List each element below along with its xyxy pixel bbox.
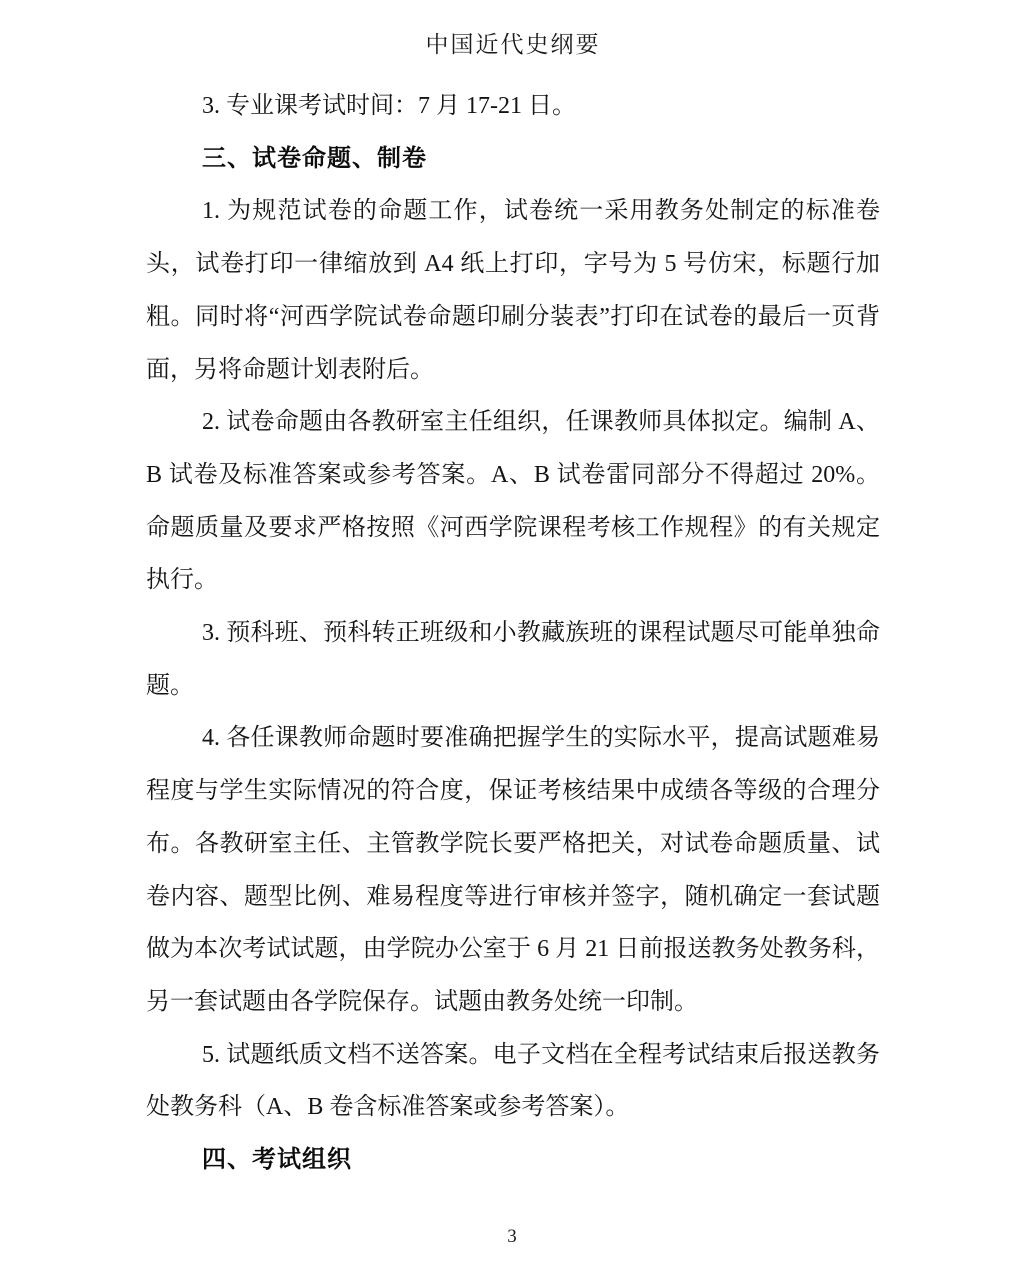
- paragraph-item-1: 1. 为规范试卷的命题工作，试卷统一采用教务处制定的标准卷头，试卷打印一律缩放到…: [146, 185, 880, 396]
- document-page: 中国近代史纲要 3. 专业课考试时间：7 月 17-21 日。 三、试卷命题、制…: [0, 0, 1024, 1264]
- paragraph-item-2: 2. 试卷命题由各教研室主任组织，任课教师具体拟定。编制 A、B 试卷及标准答案…: [146, 396, 880, 607]
- document-body: 3. 专业课考试时间：7 月 17-21 日。 三、试卷命题、制卷 1. 为规范…: [146, 80, 880, 1187]
- paragraph-item-4: 4. 各任课教师命题时要准确把握学生的实际水平，提高试题难易程度与学生实际情况的…: [146, 712, 880, 1028]
- page-number: 3: [0, 1226, 1024, 1248]
- document-header-title: 中国近代史纲要: [146, 30, 880, 60]
- paragraph-item-5: 5. 试题纸质文档不送答案。电子文档在全程考试结束后报送教务处教务科（A、B 卷…: [146, 1029, 880, 1134]
- section-heading-4: 四、考试组织: [146, 1134, 880, 1187]
- paragraph-item-3: 3. 预科班、预科转正班级和小教藏族班的课程试题尽可能单独命题。: [146, 607, 880, 712]
- section-heading-3: 三、试卷命题、制卷: [146, 133, 880, 186]
- paragraph-exam-time: 3. 专业课考试时间：7 月 17-21 日。: [146, 80, 880, 133]
